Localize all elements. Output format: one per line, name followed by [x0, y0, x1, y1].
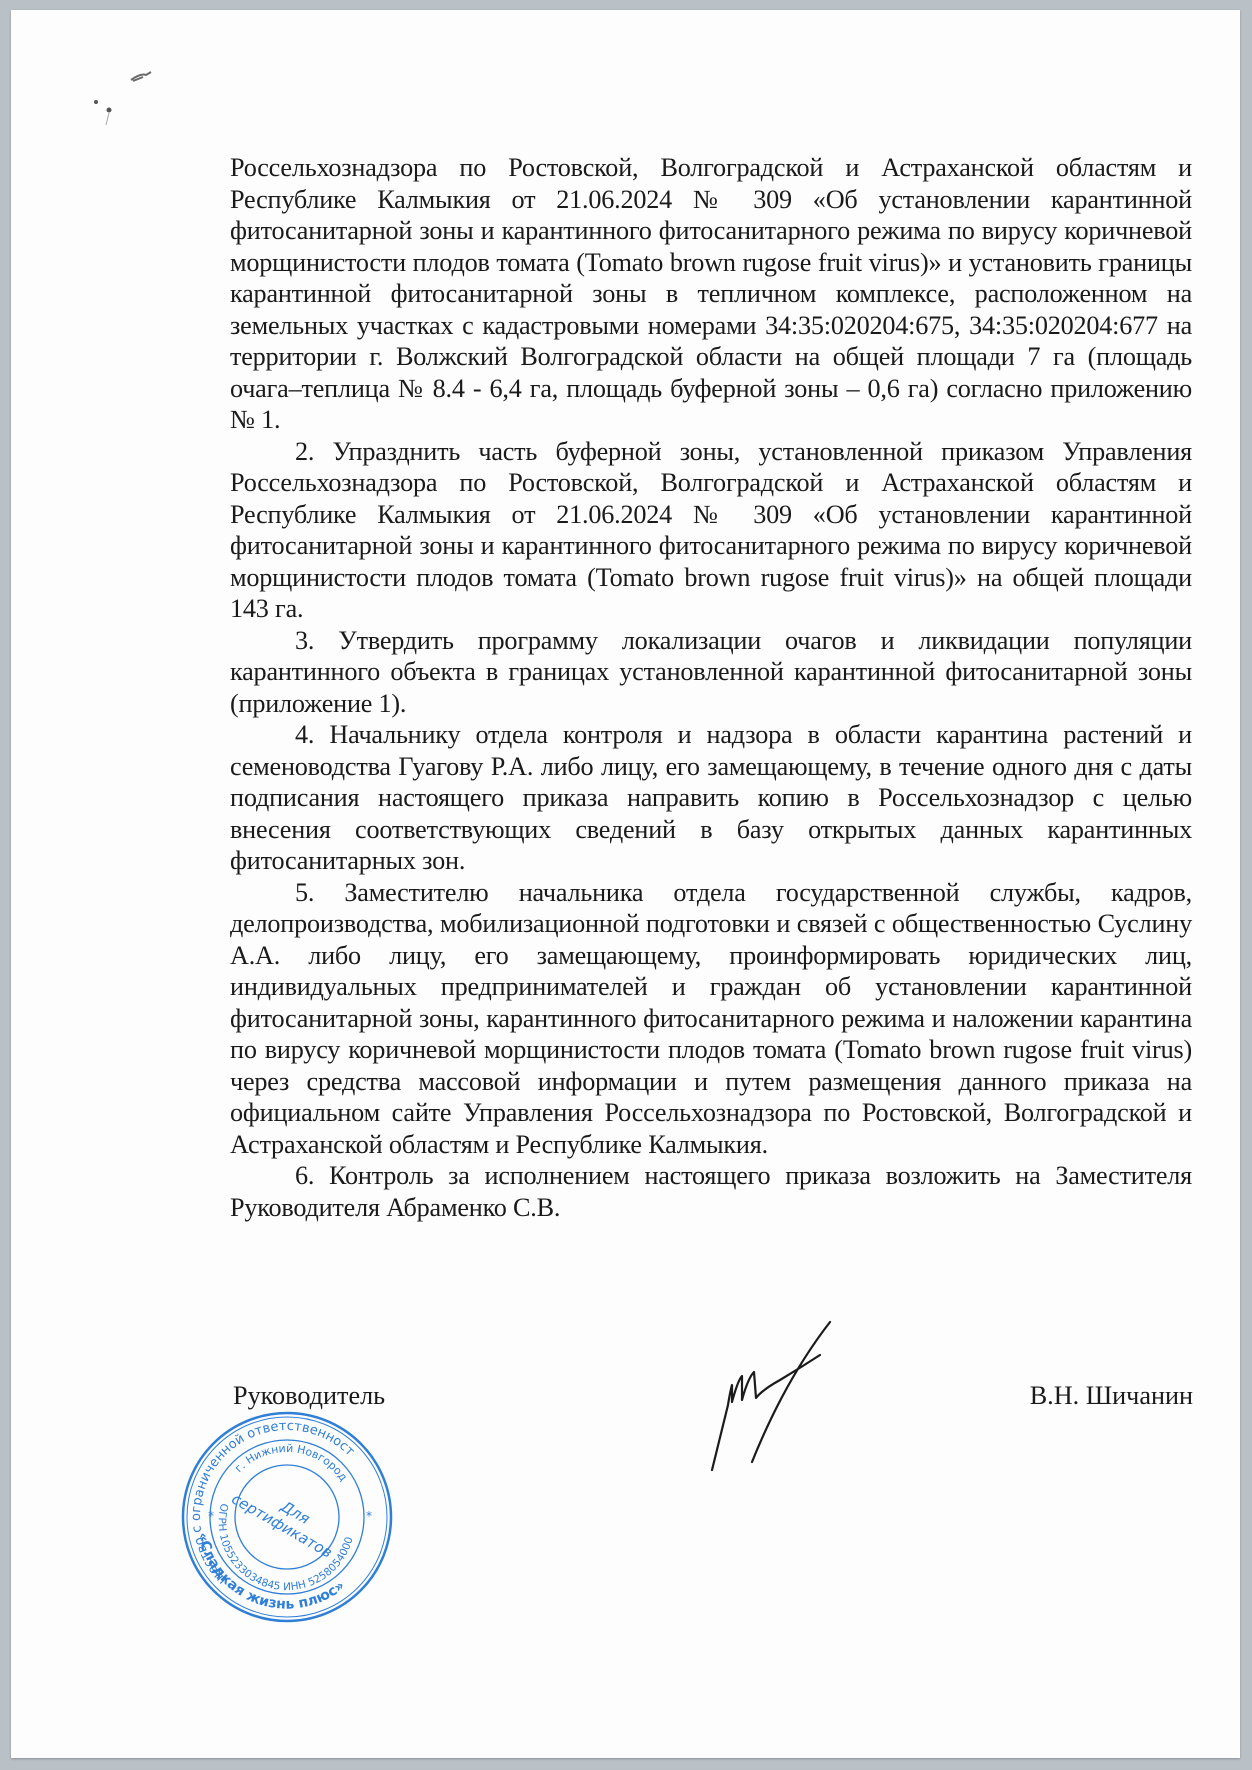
paragraph-item-1-continuation: Россельхознадзора по Ростовской, Волгогр…	[230, 152, 1192, 436]
svg-text:*: *	[208, 1509, 214, 1523]
signatory-name: В.Н. Шичанин	[1030, 1380, 1193, 1411]
paragraph-item-4: 4. Начальнику отдела контроля и надзора …	[230, 719, 1192, 877]
svg-text:*: *	[366, 1509, 372, 1523]
handwritten-signature	[690, 1310, 850, 1480]
paragraph-item-6: 6. Контроль за исполнением настоящего пр…	[230, 1160, 1192, 1223]
paragraph-item-3: 3. Утвердить программу локализации очаго…	[230, 625, 1192, 720]
scan-artifact-mark	[71, 55, 171, 125]
signatory-role: Руководитель	[233, 1380, 385, 1411]
stamp-center-line2: сертификатов	[229, 1490, 336, 1562]
company-stamp: Общество с ограниченной ответственностью…	[180, 1410, 395, 1625]
order-body: Россельхознадзора по Ростовской, Волгогр…	[230, 152, 1192, 1223]
paragraph-item-5: 5. Заместителю начальника отдела государ…	[230, 877, 1192, 1161]
paragraph-item-2: 2. Упразднить часть буферной зоны, устан…	[230, 436, 1192, 625]
